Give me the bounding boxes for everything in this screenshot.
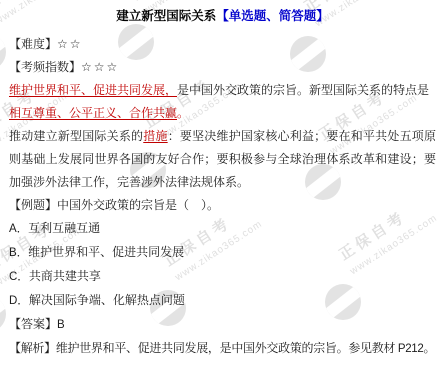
document-content: 建立新型国际关系【单选题、简答题】 【难度】☆☆ 【考频指数】☆☆☆ 维护世界和… bbox=[0, 0, 445, 361]
analysis-line: 【解析】维护世界和平、促进共同发展，是中国外交政策的宗旨。参见教材 P212。 bbox=[9, 337, 436, 361]
option-b: B．维护世界和平、促进共同发展 bbox=[9, 241, 436, 265]
key-point-red-underline: 措施 bbox=[143, 129, 167, 143]
answer-value: B bbox=[57, 319, 65, 331]
question-stem: 【例题】中国外交政策的宗旨是（ ）。 bbox=[9, 194, 436, 217]
summary-paragraph-2: 推动建立新型国际关系的措施：要坚决维护国家核心利益；要在和平共处五项原则基础上发… bbox=[9, 125, 436, 194]
analysis-label: 【解析】 bbox=[9, 341, 56, 355]
document-page: 正保自考www.zikao365.com 正保自考www.zikao365.co… bbox=[0, 0, 445, 368]
answer-label: 【答案】 bbox=[9, 317, 57, 331]
option-d: D．解决国际争端、化解热点问题 bbox=[9, 289, 436, 313]
option-key: C． bbox=[9, 271, 29, 283]
title-question-type-tag: 【单选题、简答题】 bbox=[216, 9, 329, 23]
option-text: 共商共建共享 bbox=[29, 269, 101, 283]
option-text: 解决国际争端、化解热点问题 bbox=[29, 293, 185, 307]
analysis-text: 维护世界和平、促进共同发展，是中国外交政策的宗旨。参见教材 bbox=[56, 341, 398, 355]
option-text: 维护世界和平、促进共同发展 bbox=[28, 245, 184, 259]
question-label: 【例题】 bbox=[9, 198, 57, 212]
difficulty-label: 【难度】 bbox=[9, 37, 57, 51]
analysis-ref: P212 bbox=[398, 343, 424, 355]
frequency-label: 【考频指数】 bbox=[9, 60, 81, 74]
page-title: 建立新型国际关系【单选题、简答题】 bbox=[9, 6, 436, 26]
option-c: C．共商共建共享 bbox=[9, 265, 436, 289]
key-point-red-underline: 相互尊重、公平正义、合作共赢 bbox=[9, 106, 177, 120]
option-a: A．互利互融互通 bbox=[9, 217, 436, 241]
frequency-stars: ☆☆☆ bbox=[81, 60, 119, 74]
option-text: 互利互融互通 bbox=[28, 221, 100, 235]
option-key: A． bbox=[9, 223, 28, 235]
option-key: B． bbox=[9, 247, 28, 259]
difficulty-stars: ☆☆ bbox=[57, 37, 83, 51]
key-point-red-underline: 维护世界和平、促进共同发展， bbox=[9, 83, 177, 97]
title-main: 建立新型国际关系 bbox=[116, 9, 216, 23]
summary-paragraph-1: 维护世界和平、促进共同发展，是中国外交政策的宗旨。新型国际关系的特点是 相互尊重… bbox=[9, 79, 436, 125]
option-key: D． bbox=[9, 295, 29, 307]
frequency-line: 【考频指数】☆☆☆ bbox=[9, 56, 436, 79]
answer-line: 【答案】B bbox=[9, 313, 436, 337]
difficulty-line: 【难度】☆☆ bbox=[9, 33, 436, 56]
